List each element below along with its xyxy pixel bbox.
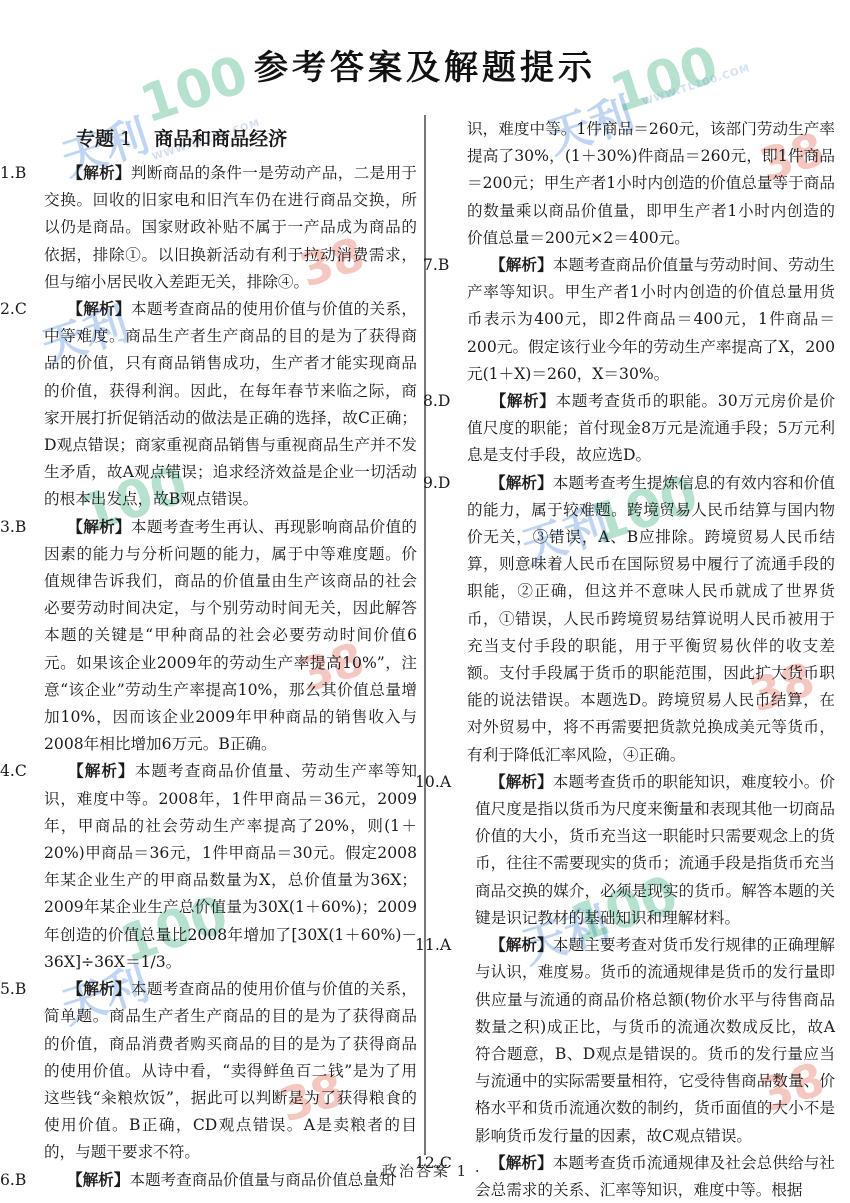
answer-continuation: 识，难度中等。1件商品＝260元，该部门劳动生产率提高了30%，(1＋30%)件… <box>445 116 835 252</box>
page-title: 参考答案及解题提示 <box>0 40 850 89</box>
answer-text: 本题考查考生提炼信息的有效内容和价值的能力，属于较难题。跨境贸易人民币结算与国内… <box>467 474 835 764</box>
answer-number: 4.C <box>22 758 62 785</box>
answer-number: 3.B <box>22 514 62 541</box>
answer-item: 3.B 【解析】本题考查考生再认、再现影响商品价值的因素的能力与分析问题的能力，… <box>22 514 417 759</box>
left-column: 专题1商品和商品经济 1.B 【解析】判断商品的条件一是劳动产品，二是用于交换。… <box>22 118 417 1194</box>
answer-item: 11.A 【解析】本题主要考查对货币发行规律的正确理解与认识，难度易。货币的流通… <box>445 932 835 1150</box>
section-name: 商品和商品经济 <box>154 128 287 150</box>
answer-number: 9.D <box>445 470 485 497</box>
answer-text: 本题主要考查对货币发行规律的正确理解与认识，难度易。货币的流通规律是货币的发行量… <box>475 936 835 1144</box>
answer-text: 本题考查商品价值量与劳动时间、劳动生产率等知识。甲生产者1小时内创造的价值总量用… <box>467 256 835 383</box>
section-number: 1 <box>120 128 132 150</box>
answer-text: 识，难度中等。1件商品＝260元，该部门劳动生产率提高了30%，(1＋30%)件… <box>467 120 835 247</box>
page-footer: · 政治答案 1 · <box>0 1160 850 1181</box>
section-heading: 专题1商品和商品经济 <box>76 124 417 154</box>
answer-text: 本题考查商品价值量、劳动生产率等知识，难度中等。2008年，1件甲商品＝36元，… <box>44 762 417 970</box>
answer-item: 2.C 【解析】本题考查商品的使用价值与价值的关系，中等难度。商品生产者生产商品… <box>22 296 417 514</box>
analysis-label: 【解析】 <box>68 762 135 780</box>
answer-item: 4.C 【解析】本题考查商品价值量、劳动生产率等知识，难度中等。2008年，1件… <box>22 758 417 976</box>
answer-item: 10.A 【解析】本题考查货币的职能知识，难度较小。价值尺度是指以货币为尺度来衡… <box>445 769 835 932</box>
right-column: 识，难度中等。1件商品＝260元，该部门劳动生产率提高了30%，(1＋30%)件… <box>445 116 835 1203</box>
analysis-label: 【解析】 <box>491 392 556 410</box>
answer-number: 8.D <box>445 388 485 415</box>
analysis-label: 【解析】 <box>67 518 131 536</box>
answer-item: 9.D 【解析】本题考查考生提炼信息的有效内容和价值的能力，属于较难题。跨境贸易… <box>445 470 835 769</box>
analysis-label: 【解析】 <box>490 256 553 274</box>
answer-number: 1.B <box>22 160 62 187</box>
section-label: 专题 <box>76 128 114 150</box>
answer-text: 判断商品的条件一是劳动产品，二是用于交换。回收的旧家电和旧汽车仍在进行商品交换，… <box>44 164 417 291</box>
answer-number: 7.B <box>445 252 485 279</box>
answer-number: 10.A <box>445 769 485 796</box>
analysis-label: 【解析】 <box>490 936 553 954</box>
answer-item: 7.B 【解析】本题考查商品价值量与劳动时间、劳动生产率等知识。甲生产者1小时内… <box>445 252 835 388</box>
answer-text: 本题考查商品的使用价值与价值的关系，中等难度。商品生产者生产商品的目的是为了获得… <box>44 300 417 508</box>
analysis-label: 【解析】 <box>67 164 131 182</box>
analysis-label: 【解析】 <box>490 474 553 492</box>
analysis-label: 【解析】 <box>490 773 553 791</box>
analysis-label: 【解析】 <box>67 980 131 998</box>
answer-number: 11.A <box>445 932 485 959</box>
answer-item: 8.D 【解析】本题考查货币的职能。30万元房价是价值尺度的职能；首付现金8万元… <box>445 388 835 470</box>
answer-text: 本题考查考生再认、再现影响商品价值的因素的能力与分析问题的能力，属于中等难度题。… <box>44 518 417 754</box>
answer-item: 1.B 【解析】判断商品的条件一是劳动产品，二是用于交换。回收的旧家电和旧汽车仍… <box>22 160 417 296</box>
answer-number: 5.B <box>22 976 62 1003</box>
answer-number: 2.C <box>22 296 62 323</box>
answer-text: 本题考查商品的使用价值与价值的关系，简单题。商品生产者生产商品的目的是为了获得商… <box>44 980 417 1161</box>
answer-text: 本题考查货币的职能知识，难度较小。价值尺度是指以货币为尺度来衡量和表现其他一切商… <box>475 773 835 927</box>
analysis-label: 【解析】 <box>67 300 131 318</box>
answer-item: 5.B 【解析】本题考查商品的使用价值与价值的关系，简单题。商品生产者生产商品的… <box>22 976 417 1166</box>
